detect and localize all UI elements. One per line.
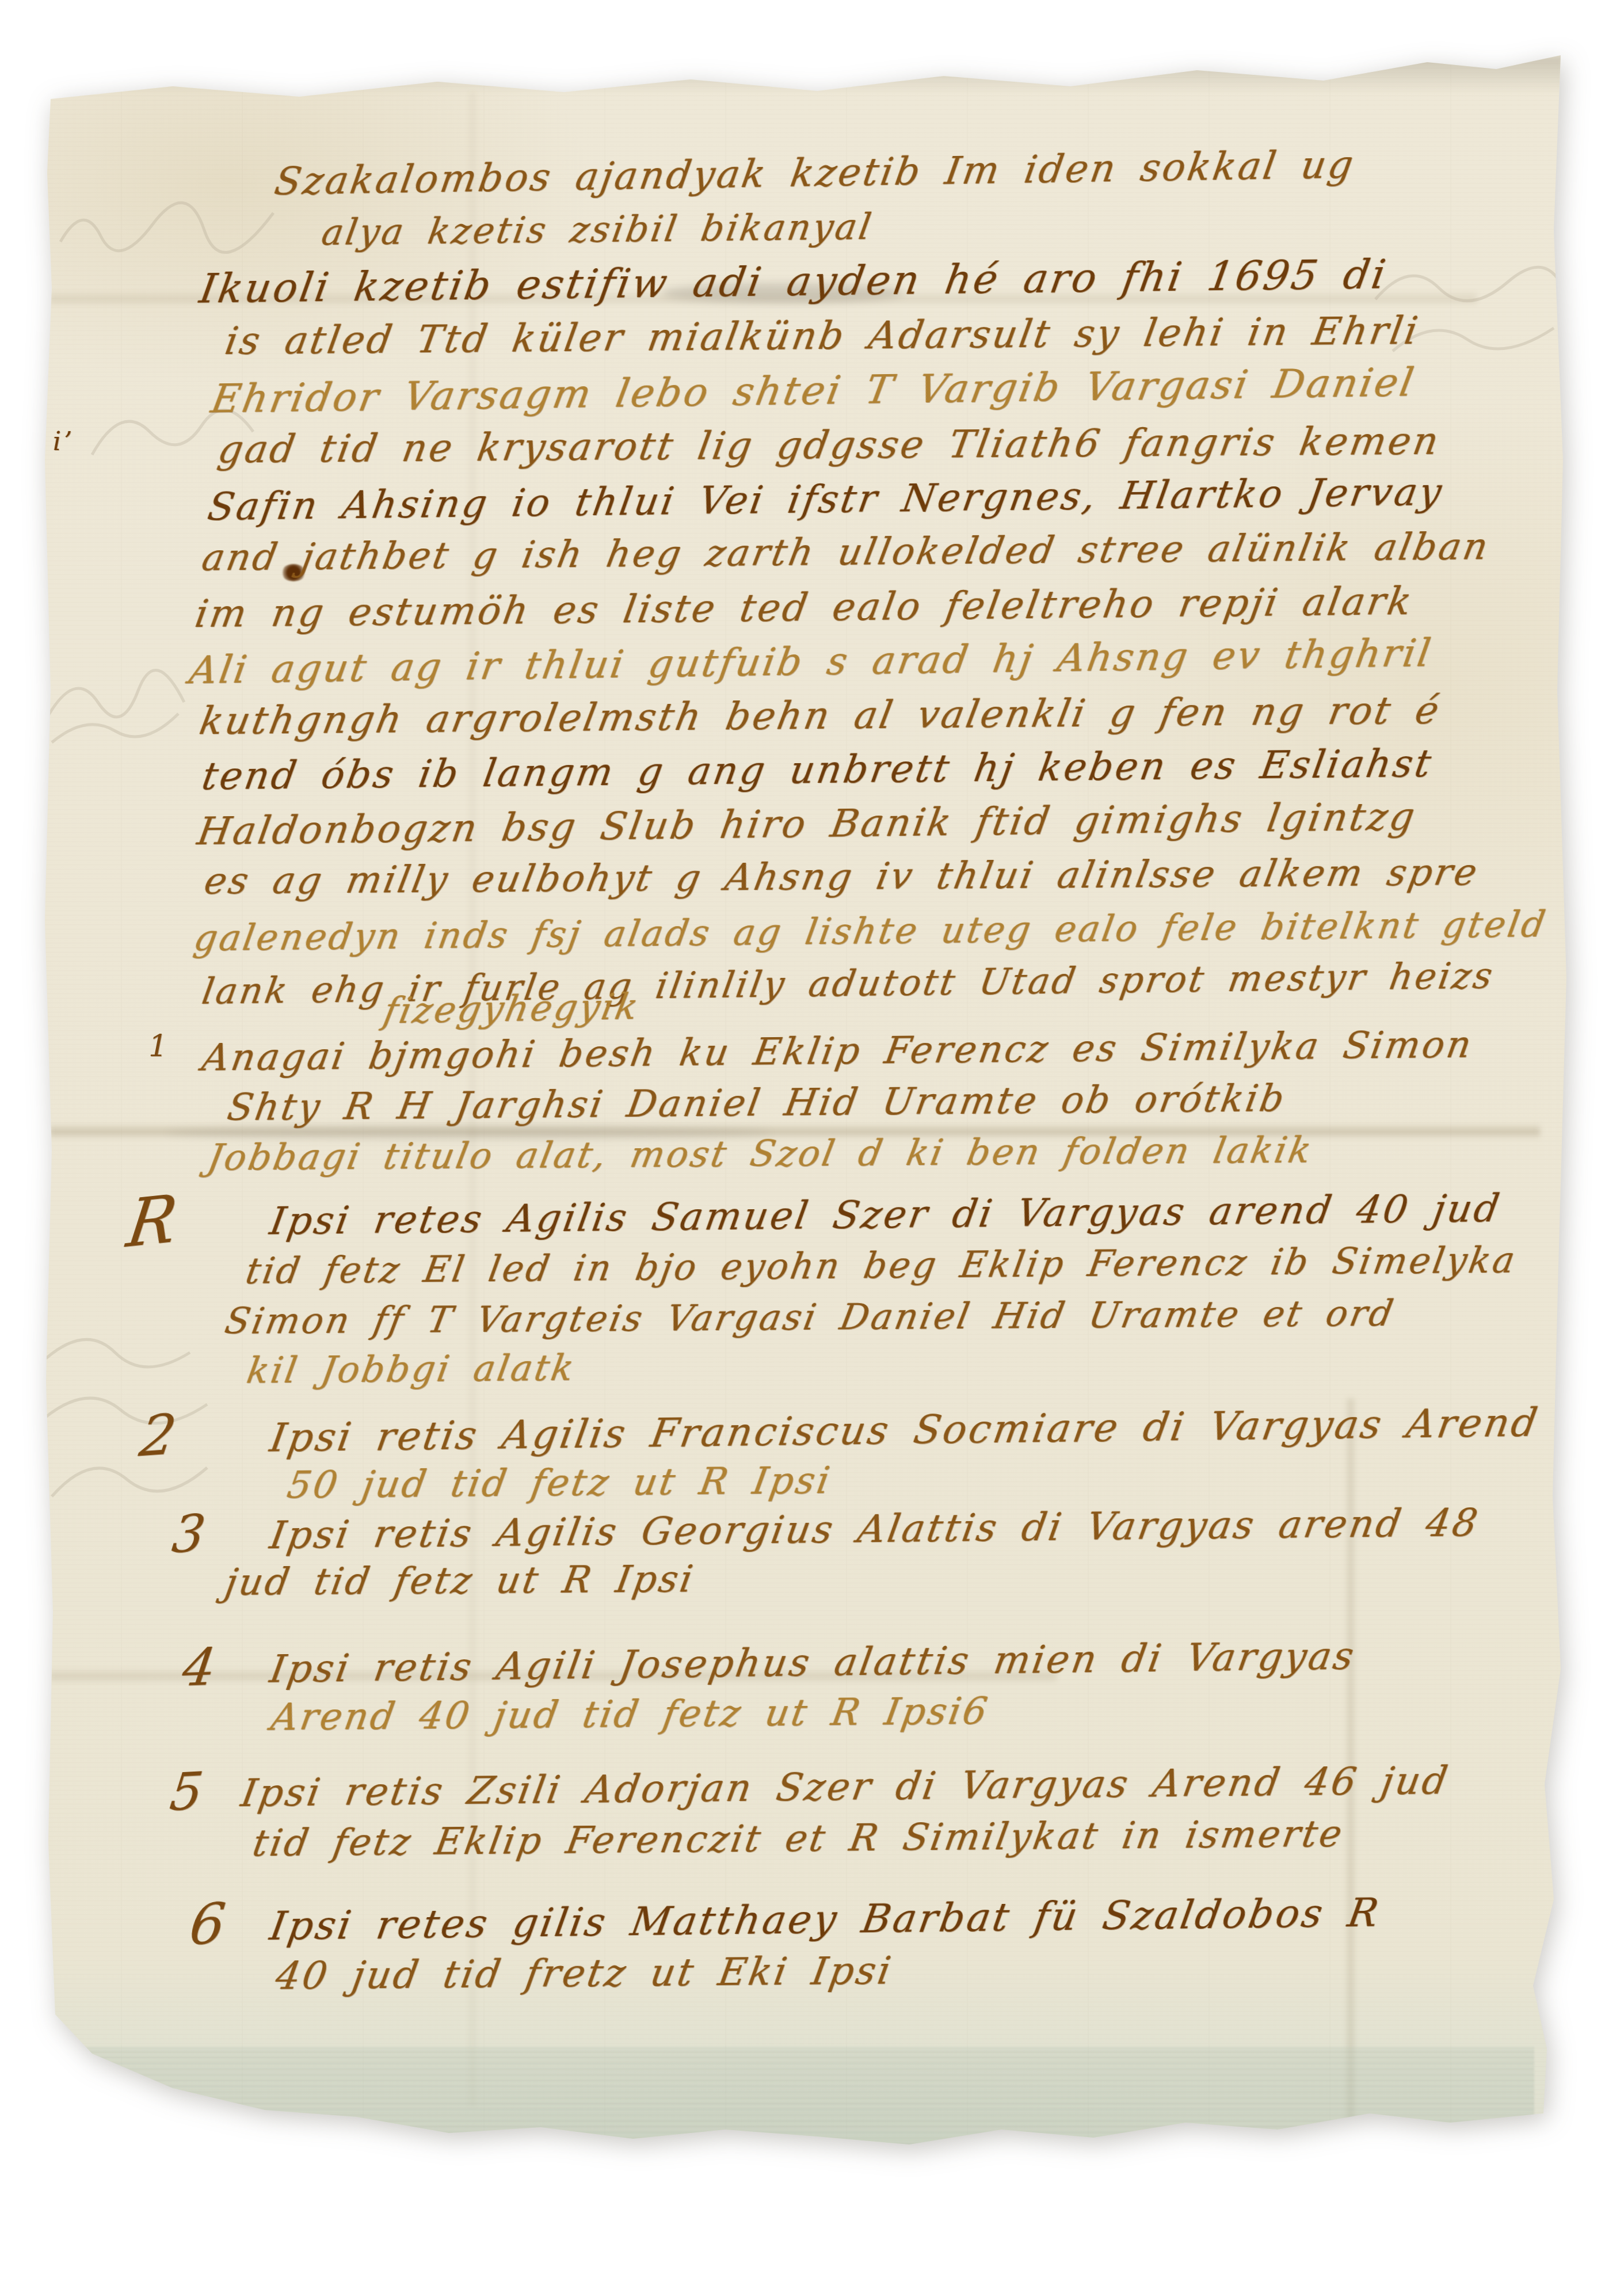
handwriting-line: Safin Ahsing io thlui Vei ifstr Nergnes,… <box>205 470 1447 529</box>
subheading-line: fizegyhegyik <box>380 985 644 1032</box>
entry-marker: 1 <box>148 1029 167 1064</box>
handwriting-line: Haldonbogzn bsg Slub hiro Banik ftid gim… <box>195 794 1420 854</box>
show-through-mark <box>35 1312 230 1531</box>
entry-line: 50 jud tid fetz ut R Ipsi <box>284 1460 835 1507</box>
handwriting-line: Ali agut ag ir thlui gutfuib s arad hj A… <box>186 631 1436 692</box>
entry-line: Ipsi retes Agilis Samuel Szer di Vargyas… <box>267 1186 1505 1244</box>
entry-marker: 3 <box>169 1503 209 1565</box>
entry-line: jud tid fetz ut R Ipsi <box>222 1558 698 1604</box>
torn-top-edge-discoloration <box>46 55 1565 93</box>
entry-line: Shty R H Jarghsi Daniel Hid Uramte ob or… <box>224 1077 1290 1129</box>
handwriting-line: galenedyn inds fsj alads ag lishte uteg … <box>191 903 1550 959</box>
handwriting-line: gad tid ne krysarott lig gdgsse Tliath6 … <box>215 419 1444 472</box>
show-through-mark <box>40 650 190 754</box>
handwriting-line: es ag milly eulbohyt g Ahsng iv thlui al… <box>201 851 1482 903</box>
handwriting-header-line-2: alya kzetis zsibil bikanyal <box>319 205 876 253</box>
show-through-mark <box>55 190 296 271</box>
entry-line: Jobbagi titulo alat, most Szol d ki ben … <box>204 1129 1317 1178</box>
paper-shadow-wrap: iʼ Szakalombos ajandyak kzetib Im iden s… <box>0 0 1624 2274</box>
entry-line: Ipsi retis Zsili Adorjan Szer di Vargyas… <box>238 1758 1453 1815</box>
handwriting-line: im ng estumöh es liste ted ealo feleltre… <box>192 579 1417 636</box>
entry-marker: R <box>123 1181 182 1262</box>
handwriting-line: and jathbet g ish heg zarth ullokelded s… <box>199 525 1493 580</box>
verso-show-through-band <box>55 2047 1534 2150</box>
entry-line: tid fetz Eklip Ferenczit et R Similykat … <box>250 1813 1347 1865</box>
entry-line: kil Jobbgi alatk <box>244 1346 579 1391</box>
page-background: iʼ Szakalombos ajandyak kzetib Im iden s… <box>0 0 1624 2274</box>
entry-marker: 4 <box>179 1637 220 1698</box>
entry-line: Ipsi retis Agilis Georgius Alattis di Va… <box>267 1500 1483 1557</box>
handwriting-header-line-1: Szakalombos ajandyak kzetib Im iden sokk… <box>272 142 1359 204</box>
entry-line: Ipsi retes gilis Matthaey Barbat fü Szal… <box>267 1890 1384 1949</box>
handwriting-line: kuthgngh argrolelmsth behn al valenkli g… <box>196 688 1444 744</box>
entry-line: 40 jud tid fretz ut Eki Ipsi <box>273 1948 897 1998</box>
entry-line: Arend 40 jud tid fetz ut R Ipsi6 <box>268 1690 993 1739</box>
entry-marker: 6 <box>186 1891 228 1958</box>
handwriting-line: tend óbs ib langm g ang unbrett hj keben… <box>199 741 1436 799</box>
manuscript-paper: iʼ Szakalombos ajandyak kzetib Im iden s… <box>0 0 1624 2274</box>
entry-line: Ipsi retis Agili Josephus alattis mien d… <box>267 1633 1359 1691</box>
handwriting-line: Ehridor Varsagm lebo shtei T Vargib Varg… <box>208 360 1419 422</box>
entry-line: Anagai bjmgohi besh ku Eklip Ferencz es … <box>199 1023 1477 1079</box>
handwriting-line: is atled Ttd küler mialkünb Adarsult sy … <box>222 308 1423 363</box>
entry-marker: 5 <box>167 1761 207 1823</box>
entry-line: Simon ff T Vargteis Vargasi Daniel Hid U… <box>222 1292 1398 1342</box>
entry-line: tid fetz El led in bjo eyohn beg Eklip F… <box>243 1239 1520 1292</box>
margin-ink-mark: iʼ <box>53 427 74 456</box>
